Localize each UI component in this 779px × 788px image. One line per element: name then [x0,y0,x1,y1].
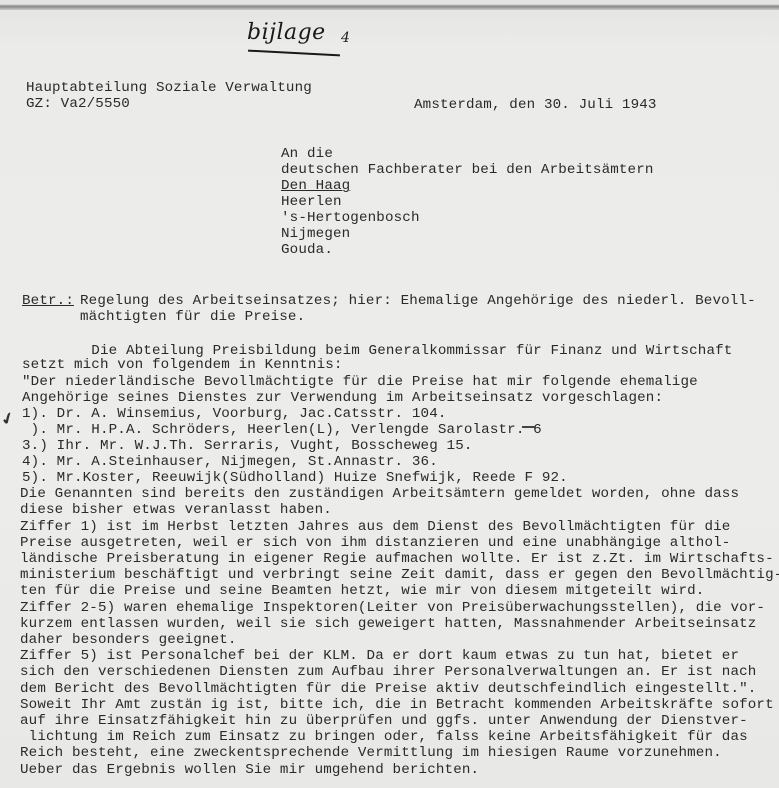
body-line: daher besonders geeignet. [20,632,237,649]
body-line: Ueber das Ergebnis wollen Sie mir umgehe… [20,762,479,779]
body-line: ministerium beschäftigt und verbringt se… [20,567,779,584]
document-page: bijlage 4 Hauptabteilung Soziale Verwalt… [0,0,779,788]
body-line: ländische Preisberatung in eigener Regie… [20,551,774,568]
subject-line: Regelung des Arbeitseinsatzes; hier: Ehe… [80,293,756,310]
handwritten-dash [522,426,536,428]
scan-edge-artifact [0,4,779,10]
body-line: ten für die Preise und seine Beamten het… [20,583,704,600]
handwritten-annotation: bijlage [247,20,326,45]
handwritten-number: 4 [341,30,350,46]
body-line: Ziffer 5) ist Personalchef bei der KLM. … [20,648,739,665]
recipient-line: An die [281,146,333,163]
body-line: Die Genannten sind bereits den zuständig… [20,486,739,503]
reference-number: GZ: Va2/5550 [26,96,130,113]
recipient-line: 's-Hertogenbosch [281,210,420,227]
handwritten-underline [248,50,340,57]
recipient-line: Nijmegen [281,226,350,243]
body-line: Soweit Ihr Amt zustän ig ist, bitte ich,… [20,697,774,714]
subject-label: Betr.: [22,293,74,310]
body-line: kurzem entlassen wurden, weil sie sich g… [20,616,756,633]
body-line: Ziffer 1) ist im Herbst letzten Jahres a… [20,519,730,536]
body-line: setzt mich von folgendem in Kenntnis: [22,357,343,374]
recipient-line: deutschen Fachberater bei den Arbeitsämt… [281,162,654,179]
list-item: ). Mr. H.P.A. Schröders, Heerlen(L), Ver… [22,422,542,439]
recipient-line: Heerlen [281,194,342,211]
subject-line: mächtigten für die Preise. [80,309,305,326]
body-line: lichtung im Reich zum Einsatz zu bringen… [20,729,748,746]
body-line: diese bisher etwas veranlasst haben. [20,502,332,519]
body-line: Angehörige seines Dienstes zur Verwendun… [22,390,663,407]
place-date: Amsterdam, den 30. Juli 1943 [414,97,657,114]
body-line: "Der niederländische Bevollmächtigte für… [22,374,698,391]
recipient-line: Den Haag [281,178,350,195]
department-name: Hauptabteilung Soziale Verwaltung [26,80,312,97]
body-line: auf ihre Einsatzfähigkeit hin zu überprü… [20,713,748,730]
recipient-line: Gouda. [281,242,333,259]
body-line: Ziffer 2-5) waren ehemalige Inspektoren(… [20,600,765,617]
list-item: 5). Mr.Koster, Reeuwijk(Südholland) Huiz… [22,470,568,487]
body-line: Preise ausgetreten, weil er sich von ihm… [20,535,730,552]
body-line: dem Bericht des Bevollmächtigten für die… [20,681,756,698]
body-line: sich den verschiedenen Diensten zum Aufb… [20,664,756,681]
list-item: 3.) Ihr. Mr. W.J.Th. Serraris, Vught, Bo… [22,438,473,455]
list-item: 1). Dr. A. Winsemius, Voorburg, Jac.Cats… [22,406,447,423]
handwritten-check-mark: ✔ [0,407,18,430]
list-item: 4). Mr. A.Steinhauser, Nijmegen, St.Anna… [22,454,438,471]
body-line: Reich besteht, eine zweckentsprechende V… [20,745,722,762]
